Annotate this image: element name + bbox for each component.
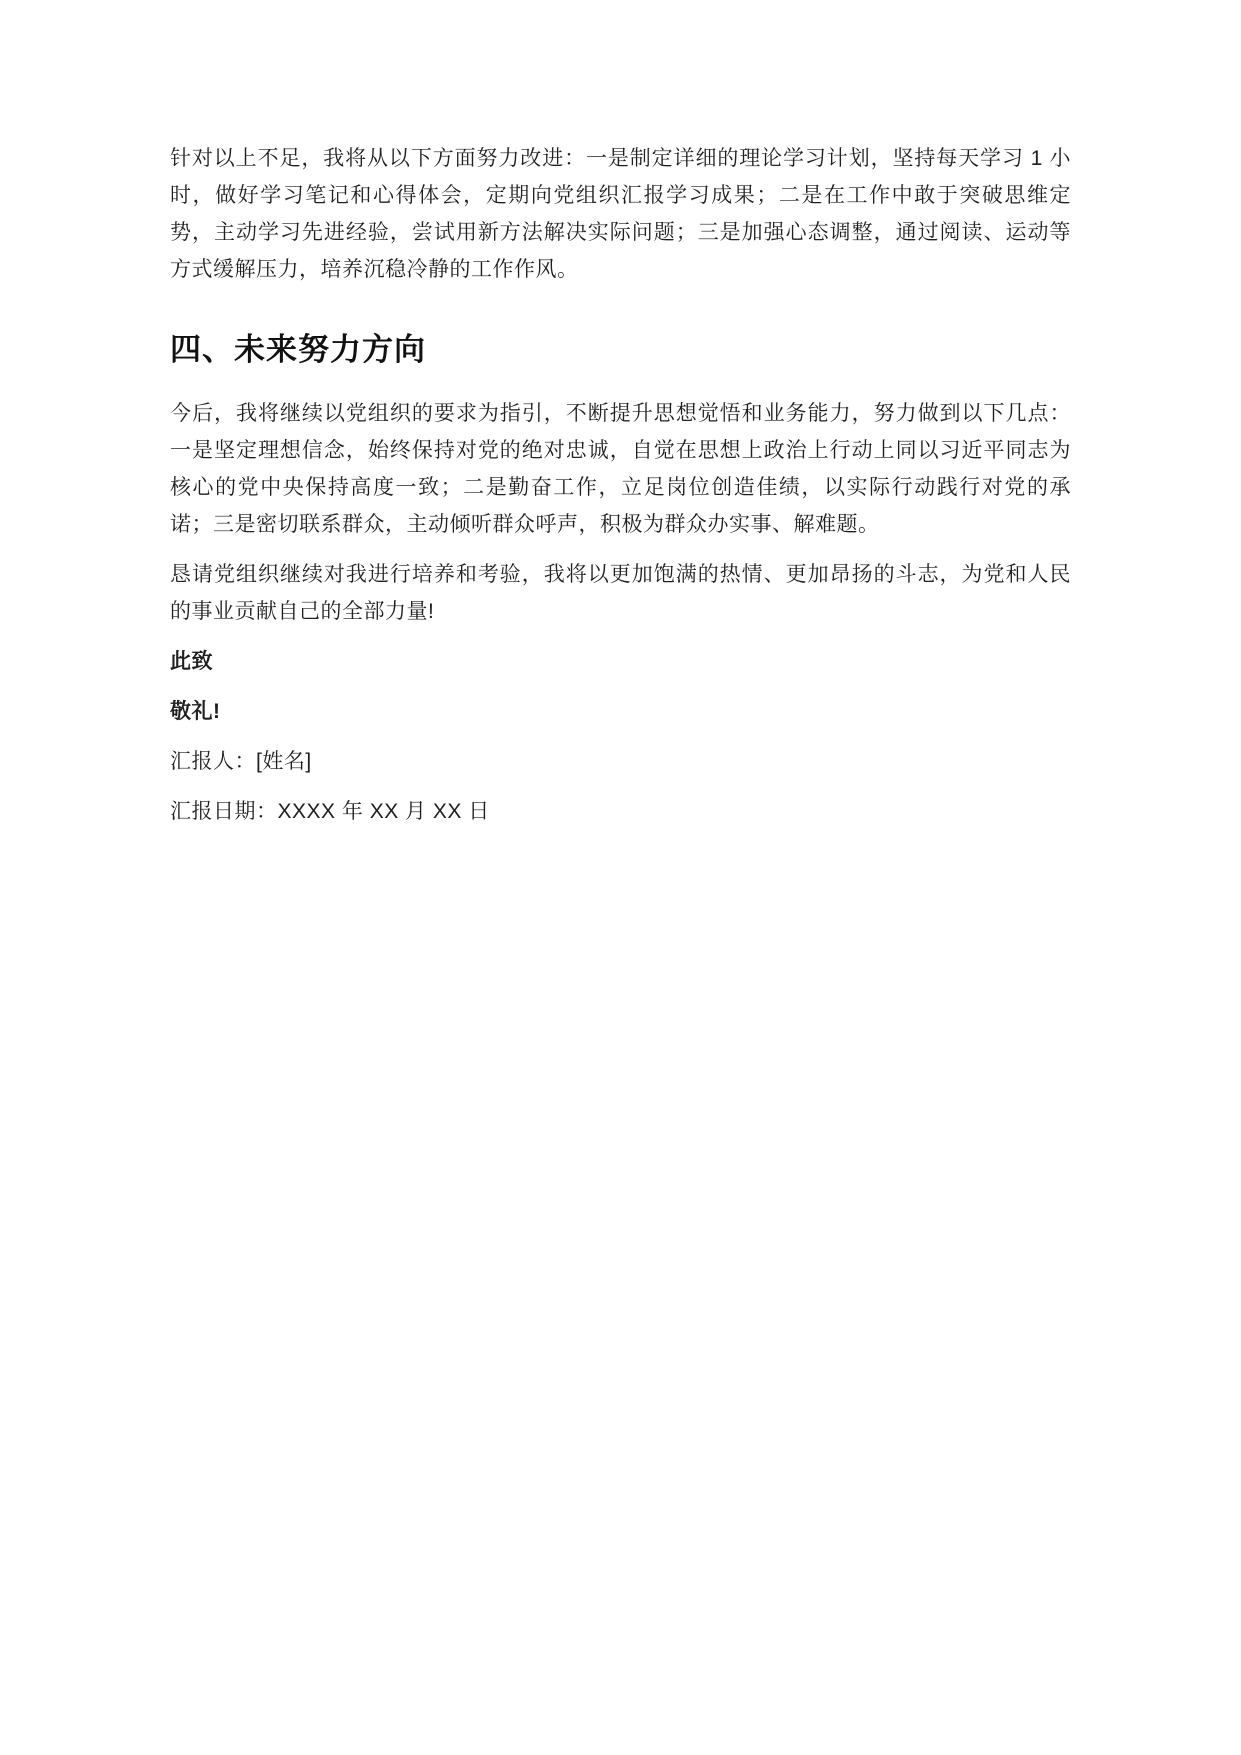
document-page: 针对以上不足，我将从以下方面努力改进：一是制定详细的理论学习计划，坚持每天学习 … [0,0,1241,1755]
paragraph-pledge: 恳请党组织继续对我进行培养和考验，我将以更加饱满的热情、更加昂扬的斗志，为党和人… [170,556,1071,630]
reporter-name-line: 汇报人：[姓名] [170,743,1071,780]
paragraph-future-efforts: 今后，我将继续以党组织的要求为指引，不断提升思想觉悟和业务能力，努力做到以下几点… [170,395,1071,543]
section-heading-future-direction: 四、未来努力方向 [170,328,1071,371]
closing-cizhi: 此致 [170,643,1071,680]
report-date-line: 汇报日期：XXXX 年 XX 月 XX 日 [170,793,1071,830]
paragraph-improvement-plan: 针对以上不足，我将从以下方面努力改进：一是制定详细的理论学习计划，坚持每天学习 … [170,140,1071,288]
closing-salute: 敬礼! [170,693,1071,730]
